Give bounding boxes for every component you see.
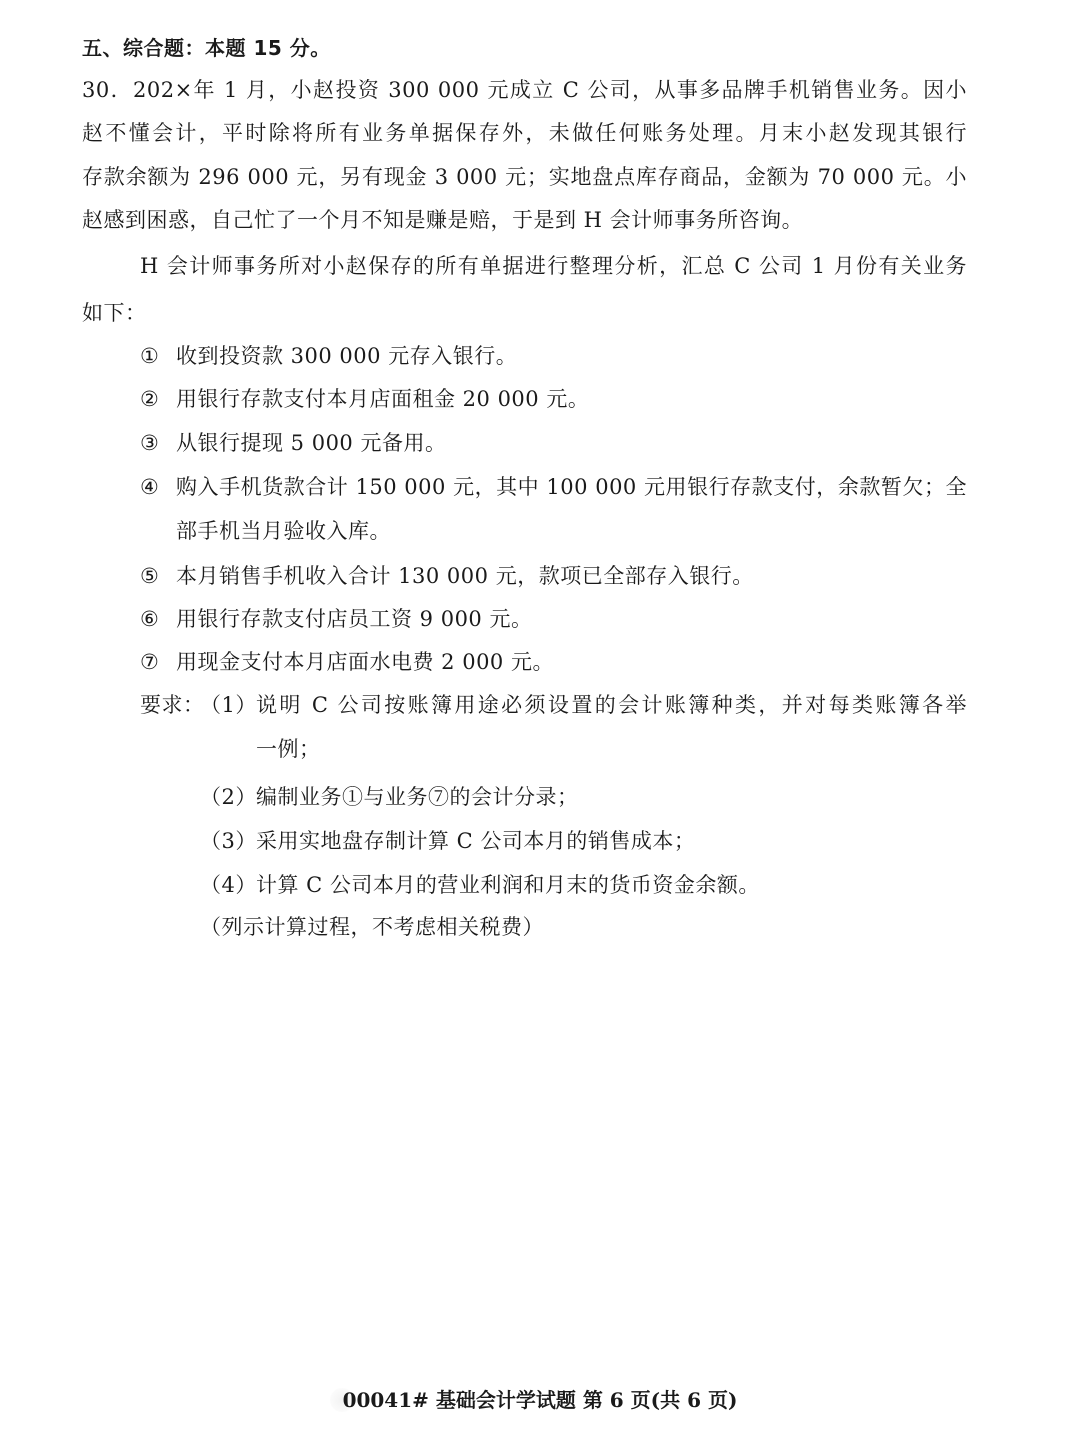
transaction-text: 用银行存款支付店员工资 9 000 元。 — [176, 604, 532, 634]
page-footer: 00041# 基础会计学试题 第 6 页(共 6 页) — [0, 1386, 1080, 1414]
transaction-text: 从银行提现 5 000 元备用。 — [176, 428, 446, 458]
transaction-marker: ④ — [140, 472, 159, 502]
transaction-text: 本月销售手机收入合计 130 000 元，款项已全部存入银行。 — [176, 561, 754, 591]
transaction-marker: ③ — [140, 428, 159, 458]
transaction-marker: ① — [140, 341, 159, 371]
requirement-text: 编制业务①与业务⑦的会计分录； — [256, 782, 579, 812]
intro-line-1: 30．202×年 1 月，小赵投资 300 000 元成立 C 公司，从事多品牌… — [82, 75, 967, 105]
transaction-marker: ⑤ — [140, 561, 159, 591]
analysis-line-1: H 会计师事务所对小赵保存的所有单据进行整理分析，汇总 C 公司 1 月份有关业… — [140, 251, 967, 281]
requirements-note: （列示计算过程，不考虑相关税费） — [200, 912, 544, 942]
transaction-text: 用现金支付本月店面水电费 2 000 元。 — [176, 647, 554, 677]
transaction-text: 购入手机货款合计 150 000 元，其中 100 000 元用银行存款支付，余… — [176, 472, 967, 502]
requirement-text: 采用实地盘存制计算 C 公司本月的销售成本； — [256, 826, 695, 856]
requirement-text: 说明 C 公司按账簿用途必须设置的会计账簿种类，并对每类账簿各举 — [256, 690, 967, 720]
transaction-marker: ⑥ — [140, 604, 159, 634]
analysis-line-2: 如下： — [82, 298, 147, 328]
requirement-text-cont: 一例； — [256, 734, 321, 764]
requirement-text: 计算 C 公司本月的营业利润和月末的货币资金余额。 — [256, 870, 760, 900]
transaction-text: 收到投资款 300 000 元存入银行。 — [176, 341, 517, 371]
intro-line-4: 赵感到困惑，自己忙了一个月不知是赚是赔，于是到 H 会计师事务所咨询。 — [82, 205, 803, 235]
intro-line-3: 存款余额为 296 000 元，另有现金 3 000 元；实地盘点库存商品，金额… — [82, 162, 967, 192]
exam-page: 五、综合题：本题 15 分。 30．202×年 1 月，小赵投资 300 000… — [0, 0, 1080, 1439]
requirements-label: 要求： — [140, 690, 205, 720]
section-title: 五、综合题：本题 15 分。 — [82, 33, 331, 63]
requirement-marker: （4） — [200, 870, 257, 900]
intro-line-2: 赵不懂会计，平时除将所有业务单据保存外，未做任何账务处理。月末小赵发现其银行 — [82, 118, 967, 148]
transaction-marker: ⑦ — [140, 647, 159, 677]
transaction-text: 用银行存款支付本月店面租金 20 000 元。 — [176, 384, 589, 414]
requirement-marker: （3） — [200, 826, 257, 856]
transaction-marker: ② — [140, 384, 159, 414]
requirement-marker: （2） — [200, 782, 257, 812]
transaction-text-cont: 部手机当月验收入库。 — [176, 516, 391, 546]
requirement-marker: （1） — [200, 690, 257, 720]
